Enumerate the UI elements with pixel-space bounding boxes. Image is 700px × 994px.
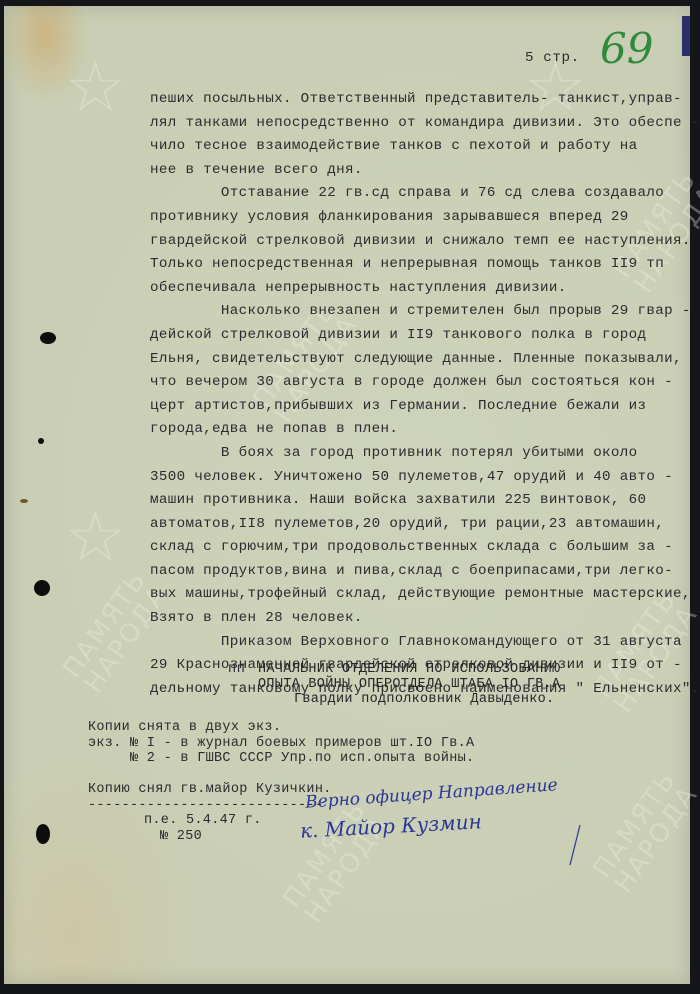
text-line: Ельня, свидетельствуют следующие данные.… [150,348,690,372]
text-line: дейской стрелковой дивизии и II9 танково… [150,324,690,348]
text-line: церт артистов,прибывших из Германии. Пос… [150,395,690,419]
text-line: машин противника. Наши войска захватили … [150,489,690,513]
page-label: 5 стр. [525,50,580,66]
document-body: пеших посыльных. Ответственный представи… [150,88,690,701]
edge-blue-mark [682,16,690,56]
text-line: чило тесное взаимодействие танков с пехо… [150,135,690,159]
text-line: Только непосредственная и непрерывная по… [150,253,690,277]
text-line: Приказом Верховного Главнокомандующего о… [150,631,690,655]
binder-hole [38,438,44,444]
signature-flourish [540,820,600,870]
copies-line: Копии снята в двух экз. [88,720,474,736]
text-line: вых машины,трофейный склад, действующие … [150,583,690,607]
copies-line: экз. № I - в журнал боевых примеров шт.I… [88,736,474,752]
text-line: пеших посыльных. Ответственный представи… [150,88,690,112]
signatory-title-line-1: НАЧАЛЬНИК ОТДЕЛЕНИЯ ПО ИСПОЛЬЗОВАНИЮ [258,662,560,677]
text-line: Взято в плен 28 человек. [150,607,690,631]
text-line: гвардейской стрелковой дивизии и снижало… [150,230,690,254]
binder-hole [40,332,56,344]
signatory-title-line-2: ОПЫТА ВОЙНЫ ОПЕРОТДЕЛА ШТАБА IO ГВ.А [258,677,560,692]
signatory-name: Гвардии подполковник Давыденко. [258,692,560,707]
text-line: нее в течение всего дня. [150,159,690,183]
text-line: 3500 человек. Уничтожено 50 пулеметов,47… [150,466,690,490]
text-line: обеспечивала непрерывность наступления д… [150,277,690,301]
text-line: Отставание 22 гв.сд справа и 76 сд слева… [150,182,690,206]
binder-hole [34,580,50,596]
text-line: автоматов,II8 пулеметов,20 орудий, три р… [150,513,690,537]
watermark-star-icon: ☆ [64,46,127,128]
watermark: ПАМЯТЬ НАРОДА [589,766,700,897]
text-line: лял танками непосредственно от командира… [150,112,690,136]
signature-prefix: пп [228,662,245,677]
text-line: города,едва не попав в плен. [150,418,690,442]
text-line: склад с горючим,три продовольственных ск… [150,536,690,560]
archive-sheet-number: 69 [600,24,653,73]
text-line: Насколько внезапен и стремителен был про… [150,300,690,324]
binder-hole [20,499,28,503]
text-line: что вечером 30 августа в городе должен б… [150,371,690,395]
copies-line: № 2 - в ГШВС СССР Упр.по исп.опыта войны… [88,751,474,767]
text-line: пасом продуктов,вина и пива,склад с боеп… [150,560,690,584]
watermark-star-icon: ☆ [64,496,127,578]
binder-hole [36,824,50,844]
text-line: В боях за город противник потерял убитым… [150,442,690,466]
text-line: противнику условия фланкирования зарывав… [150,206,690,230]
signature-block: НАЧАЛЬНИК ОТДЕЛЕНИЯ ПО ИСПОЛЬЗОВАНИЮ ОПЫ… [258,662,560,707]
